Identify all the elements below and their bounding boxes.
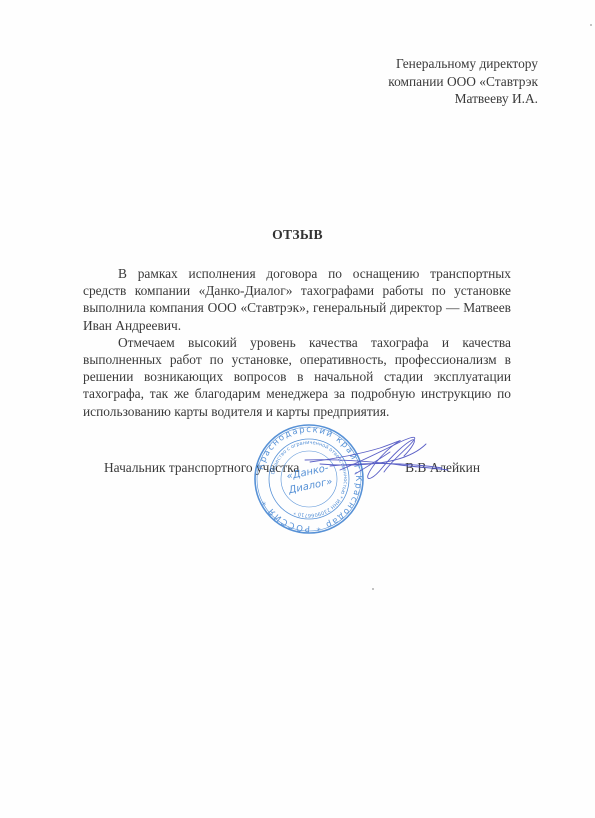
paper-speck — [372, 588, 374, 590]
addressee-block: Генеральному директору компании ООО «Ста… — [388, 55, 538, 108]
paragraph-1: В рамках исполнения договора по оснащени… — [83, 265, 511, 334]
addressee-line-name: Матвееву И.А. — [388, 90, 538, 108]
paper-speck — [590, 24, 592, 26]
addressee-line-position: Генеральному директору — [388, 55, 538, 73]
addressee-line-company: компании ООО «Ставтрэк — [388, 73, 538, 91]
document-page: Генеральному директору компании ООО «Ста… — [0, 0, 595, 818]
handwritten-signature-icon — [300, 430, 450, 505]
document-title: ОТЗЫВ — [0, 227, 595, 243]
document-body: В рамках исполнения договора по оснащени… — [83, 265, 511, 420]
paragraph-2: Отмечаем высокий уровень качества тахогр… — [83, 334, 511, 420]
